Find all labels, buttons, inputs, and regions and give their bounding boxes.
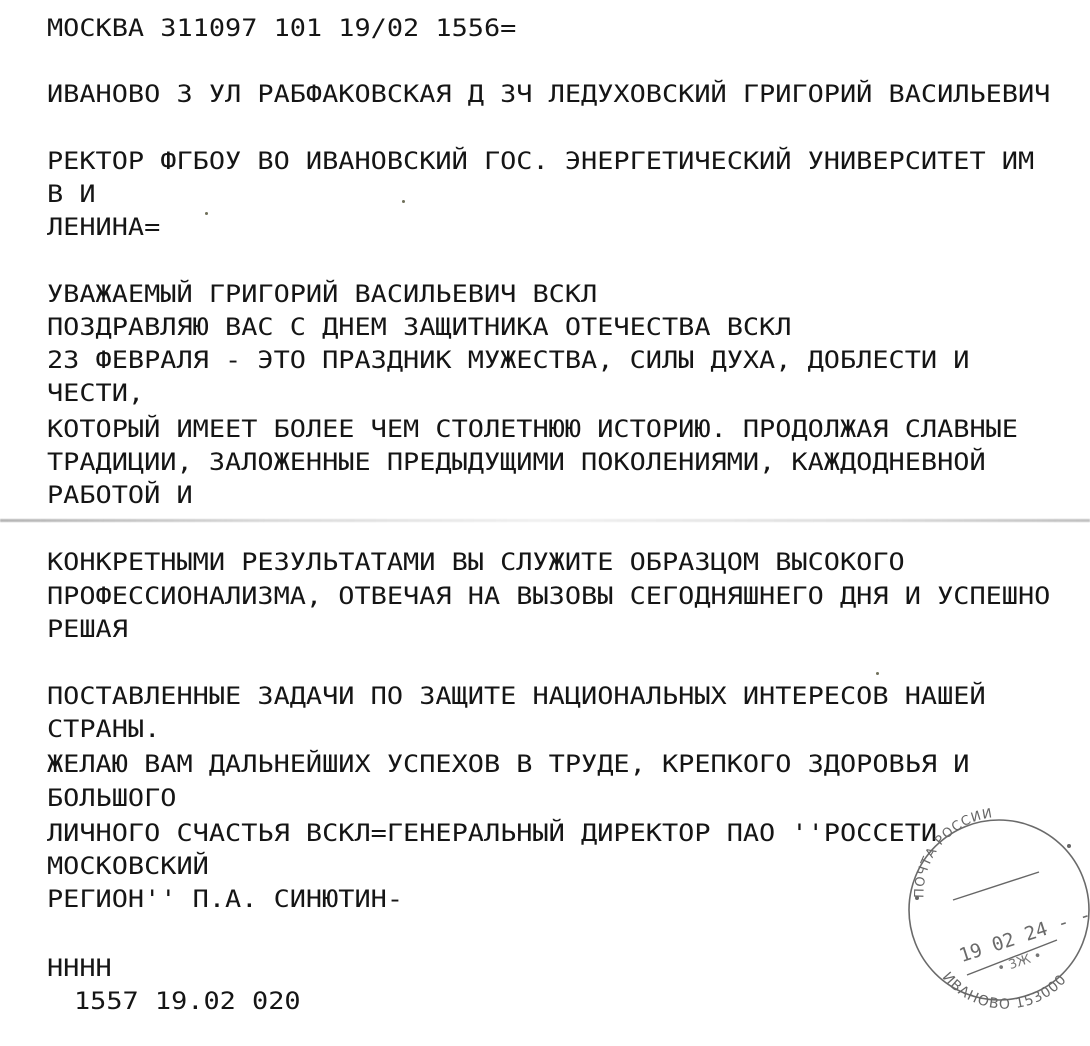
svg-text:ИВАНОВО 153000: ИВАНОВО 153000: [939, 969, 1071, 1012]
message-line: УВАЖАЕМЫЙ ГРИГОРИЙ ВАСИЛЬЕВИЧ ВСКЛ: [47, 280, 597, 308]
paper-speck: [876, 672, 879, 675]
svg-text:ПОЧТА РОССИИ: ПОЧТА РОССИИ: [912, 806, 994, 898]
paper-speck: [402, 200, 405, 203]
end-marker: НННН: [47, 954, 112, 982]
message-line: ЛИЧНОГО СЧАСТЬЯ ВСКЛ=ГЕНЕРАЛЬНЫЙ ДИРЕКТО…: [47, 819, 937, 847]
telegram-header: МОСКВА 311097 101 19/02 1556=: [47, 14, 516, 42]
message-line: ПРОФЕССИОНАЛИЗМА, ОТВЕЧАЯ НА ВЫЗОВЫ СЕГО…: [47, 582, 1050, 610]
paper-speck: [205, 212, 208, 215]
message-line: СТРАНЫ.: [47, 715, 160, 743]
message-line: ТРАДИЦИИ, ЗАЛОЖЕННЫЕ ПРЕДЫДУЩИМИ ПОКОЛЕН…: [47, 448, 986, 476]
telegram-sheet: МОСКВА 311097 101 19/02 1556= ИВАНОВО 3 …: [0, 0, 1090, 1046]
message-line: РАБОТОЙ И: [47, 481, 193, 509]
message-line: РЕШАЯ: [47, 615, 128, 643]
message-line: ЧЕСТИ,: [47, 379, 144, 407]
postmark-icon: ПОЧТА РОССИИ ИВАНОВО 153000 19 02 24 - -…: [897, 800, 1090, 1010]
paper-fold-line: [0, 519, 1090, 522]
message-line: КОТОРЫЙ ИМЕЕТ БОЛЕЕ ЧЕМ СТОЛЕТНЮЮ ИСТОРИ…: [47, 415, 1018, 443]
postmark-stamp: ПОЧТА РОССИИ ИВАНОВО 153000 19 02 24 - -…: [897, 800, 1090, 1010]
telegram-footer: 1557 19.02 020: [74, 987, 301, 1015]
recipient-title-line-1: РЕКТОР ФГБОУ ВО ИВАНОВСКИЙ ГОС. ЭНЕРГЕТИ…: [47, 147, 1034, 175]
recipient-title-line-3: ЛЕНИНА=: [47, 213, 160, 241]
message-line: ПОСТАВЛЕННЫЕ ЗАДАЧИ ПО ЗАЩИТЕ НАЦИОНАЛЬН…: [47, 682, 986, 710]
message-line: ПОЗДРАВЛЯЮ ВАС С ДНЕМ ЗАЩИТНИКА ОТЕЧЕСТВ…: [47, 313, 791, 341]
message-line: МОСКОВСКИЙ: [47, 852, 209, 880]
message-line: ЖЕЛАЮ ВАМ ДАЛЬНЕЙШИХ УСПЕХОВ В ТРУДЕ, КР…: [47, 750, 969, 778]
message-line: КОНКРЕТНЫМИ РЕЗУЛЬТАТАМИ ВЫ СЛУЖИТЕ ОБРА…: [47, 548, 905, 576]
recipient-address: ИВАНОВО 3 УЛ РАБФАКОВСКАЯ Д 3Ч ЛЕДУХОВСК…: [47, 80, 1050, 108]
recipient-title-line-2: В И: [47, 180, 96, 208]
signature-line: РЕГИОН'' П.А. СИНЮТИН-: [47, 885, 403, 913]
message-line: БОЛЬШОГО: [47, 784, 176, 812]
message-line: 23 ФЕВРАЛЯ - ЭТО ПРАЗДНИК МУЖЕСТВА, СИЛЫ…: [47, 346, 969, 374]
